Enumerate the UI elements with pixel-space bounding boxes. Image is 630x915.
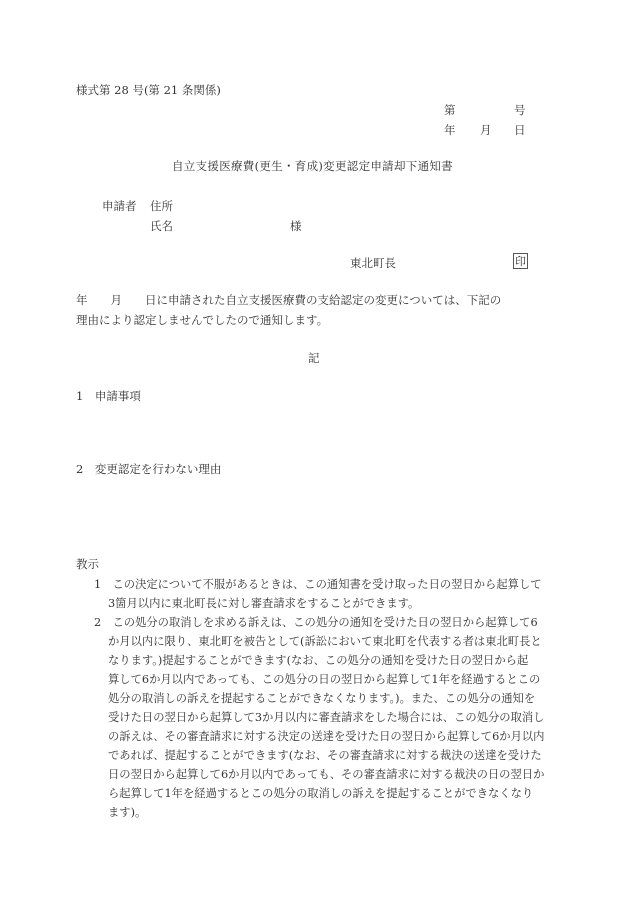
document-number-suffix: 号 bbox=[514, 103, 526, 118]
form-number: 様式第 28 号(第 21 条関係) bbox=[76, 83, 221, 98]
instructions-heading: 教示 bbox=[76, 557, 99, 572]
instruction-line: 2 この処分の取消しを求める訴えは、この処分の通知を受けた日の翌日から起算して6 bbox=[94, 615, 538, 630]
instruction-line: ら起算して1年を経過するとこの処分の取消しの訴えを提起することができなくなり bbox=[108, 786, 533, 801]
document-title: 自立支援医療費(更生・育成)変更認定申請却下通知書 bbox=[172, 159, 453, 174]
body-text-line-1: 年 月 日に申請された自立支援医療費の支給認定の変更については、下記の bbox=[76, 293, 501, 308]
date-year-label: 年 bbox=[444, 123, 456, 138]
item-application-matter: 1 申請事項 bbox=[76, 389, 141, 404]
name-label: 氏名 bbox=[150, 219, 173, 234]
instruction-line: なります。)提起することができます(なお、この処分の通知を受けた日の翌日から起 bbox=[108, 653, 528, 668]
instruction-line: 算して6か月以内であっても、この処分の日の翌日から起算して1年を経過するとこの bbox=[108, 672, 540, 687]
instruction-line: 処分の取消しの訴えを提起することができなくなります。)。また、この処分の通知を bbox=[108, 691, 535, 706]
instruction-line: 3箇月以内に東北町長に対し審査請求をすることができます。 bbox=[108, 596, 419, 611]
instruction-line: ます)。 bbox=[108, 805, 146, 820]
instruction-line: 日の翌日から起算して6か月以内であっても、その審査請求に対する裁決の日の翌日か bbox=[108, 767, 544, 782]
instruction-line: の訴えは、その審査請求に対する決定の送達を受けた日の翌日から起算して6か月以内 bbox=[108, 729, 544, 744]
item-rejection-reason: 2 変更認定を行わない理由 bbox=[76, 462, 221, 477]
applicant-label: 申請者 bbox=[102, 199, 137, 214]
honorific: 様 bbox=[290, 219, 302, 234]
instruction-line: 1 この決定について不服があるときは、この通知書を受け取った日の翌日から起算して bbox=[94, 577, 542, 592]
seal-icon: 印 bbox=[513, 253, 528, 269]
instruction-line: 受けた日の翌日から起算して3か月以内に審査請求をした場合には、この処分の取消し bbox=[108, 710, 544, 725]
document-number-prefix: 第 bbox=[444, 103, 456, 118]
body-text-line-2: 理由により認定しませんでしたので通知します。 bbox=[76, 313, 328, 328]
issuer-name: 東北町長 bbox=[350, 256, 396, 271]
date-month-label: 月 bbox=[480, 123, 492, 138]
instruction-line: か月以内に限り、東北町を被告として(訴訟において東北町を代表する者は東北町長と bbox=[108, 634, 542, 649]
date-day-label: 日 bbox=[514, 123, 526, 138]
ki-heading: 記 bbox=[308, 351, 320, 366]
address-label: 住所 bbox=[150, 199, 173, 214]
instruction-line: であれば、提起することができます(なお、その審査請求に対する裁決の送達を受けた bbox=[108, 748, 542, 763]
